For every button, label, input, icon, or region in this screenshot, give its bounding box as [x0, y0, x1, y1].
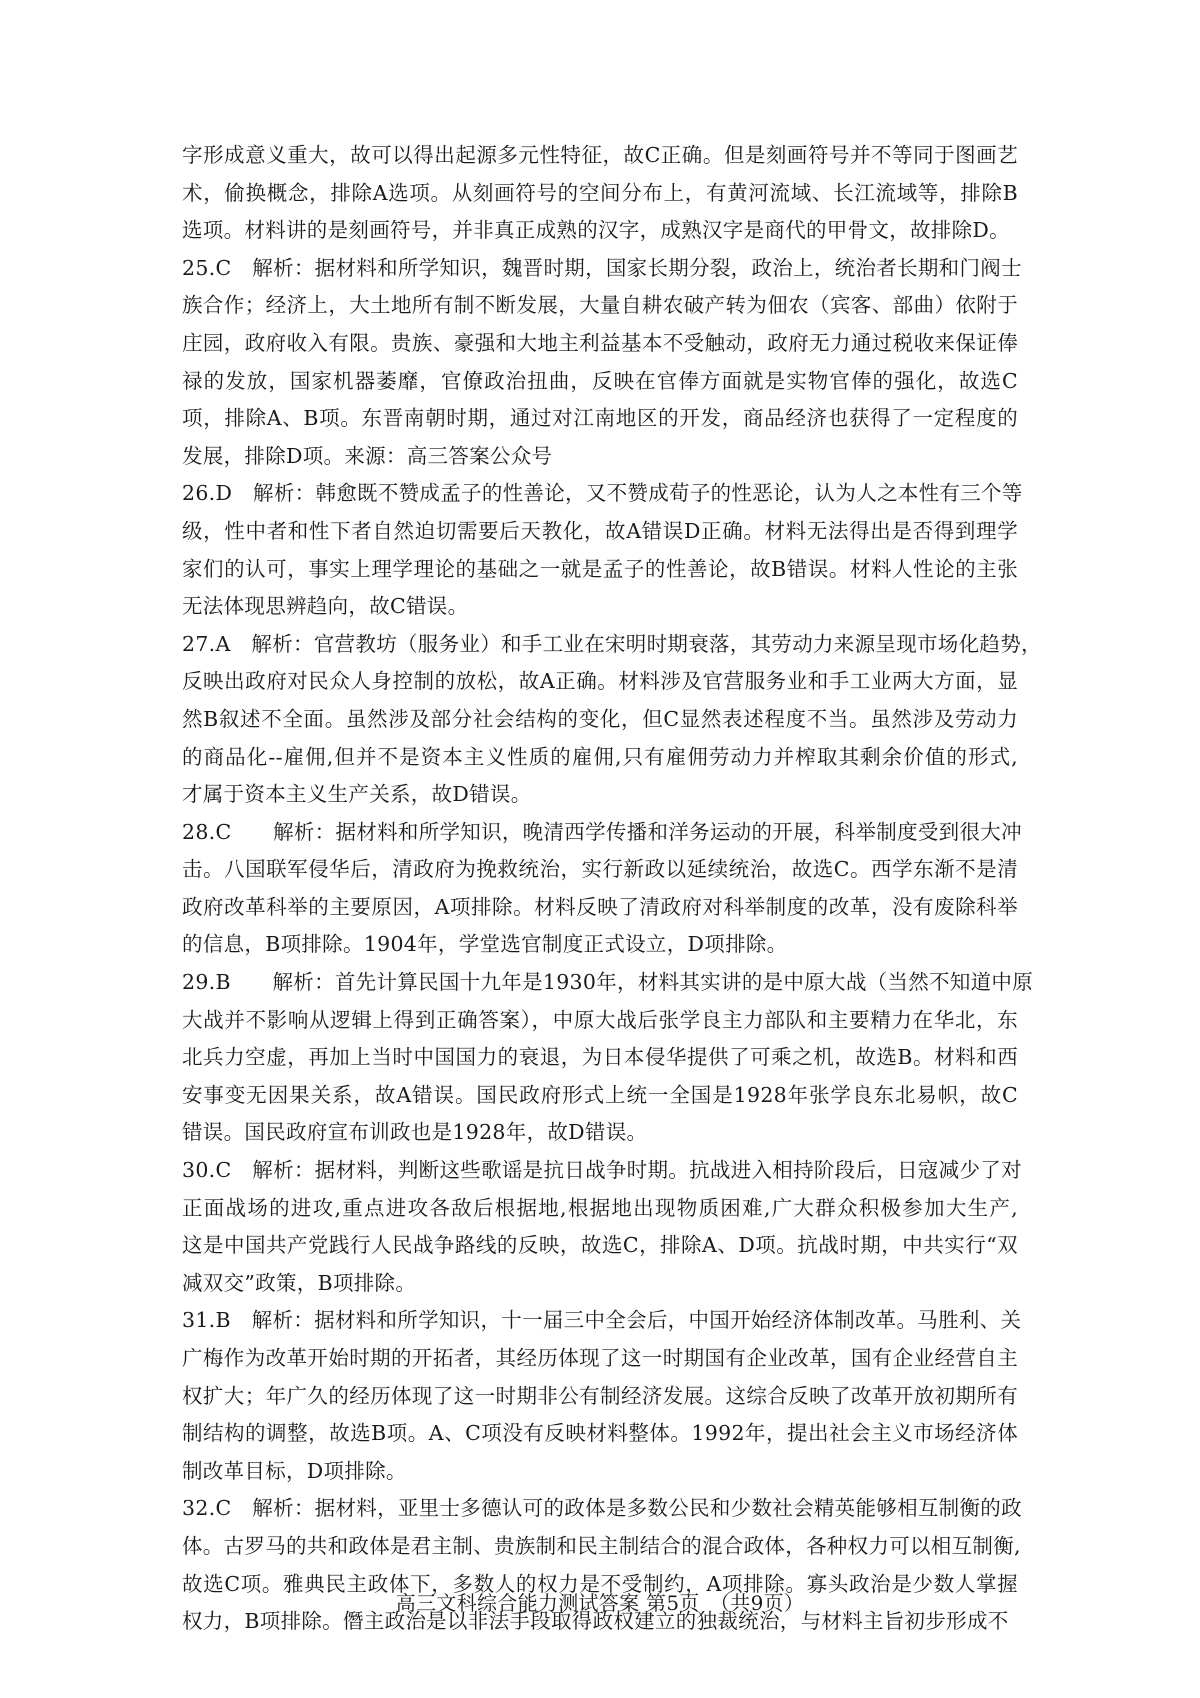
- text-line: 权扩大；年广久的经历体现了这一时期非公有制经济发展。这综合反映了改革开放初期所有: [182, 1378, 1018, 1416]
- text-line: 字形成意义重大，故可以得出起源多元性特征，故C正确。但是刻画符号并不等同于图画艺: [182, 137, 1018, 175]
- text-line: 反映出政府对民众人身控制的放松，故A正确。材料涉及官营服务业和手工业两大方面，显: [182, 663, 1018, 701]
- text-line: 族合作；经济上，大土地所有制不断发展，大量自耕农破产转为佃农（宾客、部曲）依附于: [182, 287, 1018, 325]
- answer-paragraph-q31: 31.B 解析：据材料和所学知识，十一届三中全会后，中国开始经济体制改革。马胜利…: [182, 1302, 1018, 1490]
- text-line: 家们的认可，事实上理学理论的基础之一就是孟子的性善论，故B错误。材料人性论的主张: [182, 551, 1018, 589]
- answer-paragraph-q24-continued: 字形成意义重大，故可以得出起源多元性特征，故C正确。但是刻画符号并不等同于图画艺…: [182, 137, 1018, 250]
- answer-paragraph-q29: 29.B 解析：首先计算民国十九年是1930年，材料其实讲的是中原大战（当然不知…: [182, 964, 1018, 1152]
- answer-paragraph-q25: 25.C 解析：据材料和所学知识，魏晋时期，国家长期分裂，政治上，统治者长期和门…: [182, 250, 1018, 476]
- answer-paragraph-q28: 28.C 解析：据材料和所学知识，晚清西学传播和洋务运动的开展，科举制度受到很大…: [182, 814, 1018, 964]
- text-line: 击。八国联军侵华后，清政府为挽救统治，实行新政以延续统治，故选C。西学东渐不是清: [182, 851, 1018, 889]
- text-line: 正面战场的进攻,重点进攻各敌后根据地,根据地出现物质困难,广大群众积极参加大生产…: [182, 1190, 1018, 1228]
- answer-paragraph-q26: 26.D 解析：韩愈既不赞成孟子的性善论，又不赞成荀子的性恶论，认为人之本性有三…: [182, 475, 1018, 625]
- text-line: 32.C 解析：据材料，亚里士多德认可的政体是多数公民和少数社会精英能够相互制衡…: [182, 1490, 1018, 1528]
- text-line: 级，性中者和性下者自然迫切需要后天教化，故A错误D正确。材料无法得出是否得到理学: [182, 513, 1018, 551]
- text-line: 选项。材料讲的是刻画符号，并非真正成熟的汉字，成熟汉字是商代的甲骨文，故排除D。: [182, 212, 1018, 250]
- answer-paragraph-q32: 32.C 解析：据材料，亚里士多德认可的政体是多数公民和少数社会精英能够相互制衡…: [182, 1490, 1018, 1640]
- text-line: 错误。国民政府宣布训政也是1928年，故D错误。: [182, 1114, 1018, 1152]
- answer-paragraph-q30: 30.C 解析：据材料，判断这些歌谣是抗日战争时期。抗战进入相持阶段后，日寇减少…: [182, 1152, 1018, 1302]
- text-line: 的信息，B项排除。1904年，学堂选官制度正式设立，D项排除。: [182, 926, 1018, 964]
- text-line: 减双交”政策，B项排除。: [182, 1265, 1018, 1303]
- text-line: 然B叙述不全面。虽然涉及部分社会结构的变化，但C显然表述程度不当。虽然涉及劳动力: [182, 701, 1018, 739]
- text-line: 30.C 解析：据材料，判断这些歌谣是抗日战争时期。抗战进入相持阶段后，日寇减少…: [182, 1152, 1018, 1190]
- text-line: 发展，排除D项。来源：高三答案公众号: [182, 438, 1018, 476]
- text-line: 25.C 解析：据材料和所学知识，魏晋时期，国家长期分裂，政治上，统治者长期和门…: [182, 250, 1018, 288]
- text-line: 制改革目标，D项排除。: [182, 1453, 1018, 1491]
- text-line: 26.D 解析：韩愈既不赞成孟子的性善论，又不赞成荀子的性恶论，认为人之本性有三…: [182, 475, 1018, 513]
- page-footer: 高三文科综合能力测试答案 第5页 （共9页）: [0, 1587, 1200, 1616]
- text-line: 体。古罗马的共和政体是君主制、贵族制和民主制结合的混合政体，各种权力可以相互制衡…: [182, 1528, 1018, 1566]
- text-line: 广梅作为改革开始时期的开拓者，其经历体现了这一时期国有企业改革，国有企业经营自主: [182, 1340, 1018, 1378]
- text-line: 禄的发放，国家机器萎靡，官僚政治扭曲，反映在官俸方面就是实物官俸的强化，故选C: [182, 363, 1018, 401]
- text-line: 制结构的调整，故选B项。A、C项没有反映材料整体。1992年，提出社会主义市场经…: [182, 1415, 1018, 1453]
- text-line: 大战并不影响从逻辑上得到正确答案），中原大战后张学良主力部队和主要精力在华北，东: [182, 1002, 1018, 1040]
- answer-paragraph-q27: 27.A 解析：官营教坊（服务业）和手工业在宋明时期衰落，其劳动力来源呈现市场化…: [182, 626, 1018, 814]
- text-line: 项，排除A、B项。东晋南朝时期，通过对江南地区的开发，商品经济也获得了一定程度的: [182, 400, 1018, 438]
- answer-document-body: 字形成意义重大，故可以得出起源多元性特征，故C正确。但是刻画符号并不等同于图画艺…: [182, 137, 1018, 1641]
- text-line: 安事变无因果关系，故A错误。国民政府形式上统一全国是1928年张学良东北易帜，故…: [182, 1077, 1018, 1115]
- text-line: 的商品化--雇佣,但并不是资本主义性质的雇佣,只有雇佣劳动力并榨取其剩余价值的形…: [182, 739, 1018, 777]
- text-line: 31.B 解析：据材料和所学知识，十一届三中全会后，中国开始经济体制改革。马胜利…: [182, 1302, 1018, 1340]
- text-line: 才属于资本主义生产关系，故D错误。: [182, 776, 1018, 814]
- text-line: 无法体现思辨趋向，故C错误。: [182, 588, 1018, 626]
- text-line: 庄园，政府收入有限。贵族、豪强和大地主利益基本不受触动，政府无力通过税收来保证俸: [182, 325, 1018, 363]
- text-line: 北兵力空虚，再加上当时中国国力的衰退，为日本侵华提供了可乘之机，故选B。材料和西: [182, 1039, 1018, 1077]
- text-line: 政府改革科举的主要原因，A项排除。材料反映了清政府对科举制度的改革，没有废除科举: [182, 889, 1018, 927]
- text-line: 术，偷换概念，排除A选项。从刻画符号的空间分布上，有黄河流域、长江流域等，排除B: [182, 175, 1018, 213]
- text-line: 这是中国共产党践行人民战争路线的反映，故选C，排除A、D项。抗战时期，中共实行“…: [182, 1227, 1018, 1265]
- text-line: 28.C 解析：据材料和所学知识，晚清西学传播和洋务运动的开展，科举制度受到很大…: [182, 814, 1018, 852]
- text-line: 27.A 解析：官营教坊（服务业）和手工业在宋明时期衰落，其劳动力来源呈现市场化…: [182, 626, 1018, 664]
- text-line: 29.B 解析：首先计算民国十九年是1930年，材料其实讲的是中原大战（当然不知…: [182, 964, 1018, 1002]
